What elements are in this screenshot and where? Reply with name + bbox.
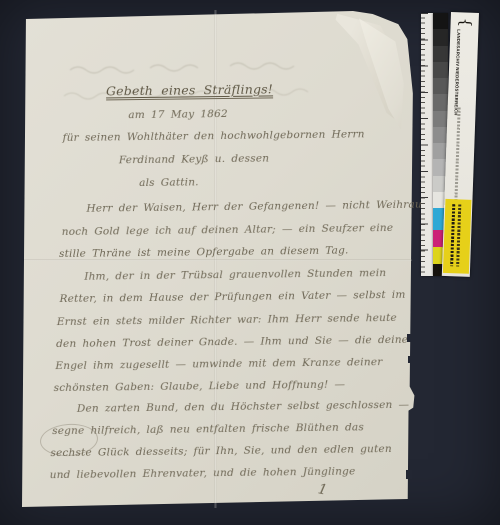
manuscript-line: schönsten Gaben: Glaube, Liebe und Hoffn… xyxy=(54,379,346,395)
gray-step-patch xyxy=(433,13,448,29)
gray-step-patch xyxy=(433,111,448,127)
paper-edge-nick xyxy=(407,334,413,342)
manuscript-line: Herr der Waisen, Herr der Gefangenen! — … xyxy=(86,198,435,214)
archival-scan-viewport: Gebeth eines Sträflings!am 17 May 1862fü… xyxy=(0,0,500,525)
manuscript-line: Ihm, der in der Trübsal grauenvollen Stu… xyxy=(84,267,386,283)
calibration-ruler xyxy=(421,13,433,276)
manuscript-line: als Gattin. xyxy=(139,176,199,189)
manuscript-line: den hohen Trost deiner Gnade. — Ihm und … xyxy=(56,334,408,350)
manuscript-title: Gebeth eines Sträflings! xyxy=(106,81,273,100)
manuscript-line: Retter, in dem Hause der Prüfungen ein V… xyxy=(59,289,405,305)
gray-step-patch xyxy=(433,46,448,62)
archive-name-line1: LANDESARCHIV xyxy=(455,29,461,66)
gray-step-patch xyxy=(433,62,448,78)
manuscript-line: stille Thräne ist meine Opfergabe an die… xyxy=(59,244,349,260)
archive-name-label: LANDESARCHIV NIEDERÖSTERREICH xyxy=(454,29,461,93)
paper-edge-nick xyxy=(408,356,413,363)
gray-step-patch xyxy=(433,94,448,110)
manuscript-line: für seinen Wohlthäter den hochwohlgeborn… xyxy=(63,128,365,144)
manuscript-line: Engel ihm zugesellt — umwinde mit dem Kr… xyxy=(55,356,382,372)
manuscript-line: Ferdinand Keyß u. dessen xyxy=(119,152,269,166)
card-yellow-patch xyxy=(443,199,472,274)
manuscript-line: Den zarten Bund, den du Höchster selbst … xyxy=(77,399,409,415)
manuscript-line: noch Gold lege ich auf deinen Altar; — e… xyxy=(62,222,394,238)
gray-step-patch xyxy=(433,29,448,45)
yellow-patch-microtext-illegible xyxy=(456,204,461,266)
paper-edge-nick xyxy=(406,470,412,479)
manuscript-line: Ernst ein stets milder Richter war: Ihm … xyxy=(57,312,397,328)
manuscript-line: am 17 May 1862 xyxy=(128,108,228,121)
manuscript-line: und liebevollen Ehrenvater, und die hohe… xyxy=(50,465,356,481)
yellow-patch-microtext-illegible xyxy=(450,204,455,266)
gray-step-patch xyxy=(433,78,448,94)
card-microtext-illegible xyxy=(454,107,460,202)
manuscript-line: segne hilfreich, laß neu entfalten frisc… xyxy=(52,421,364,437)
manuscript-line: sechste Glück diesseits; für Ihn, Sie, u… xyxy=(50,443,392,459)
